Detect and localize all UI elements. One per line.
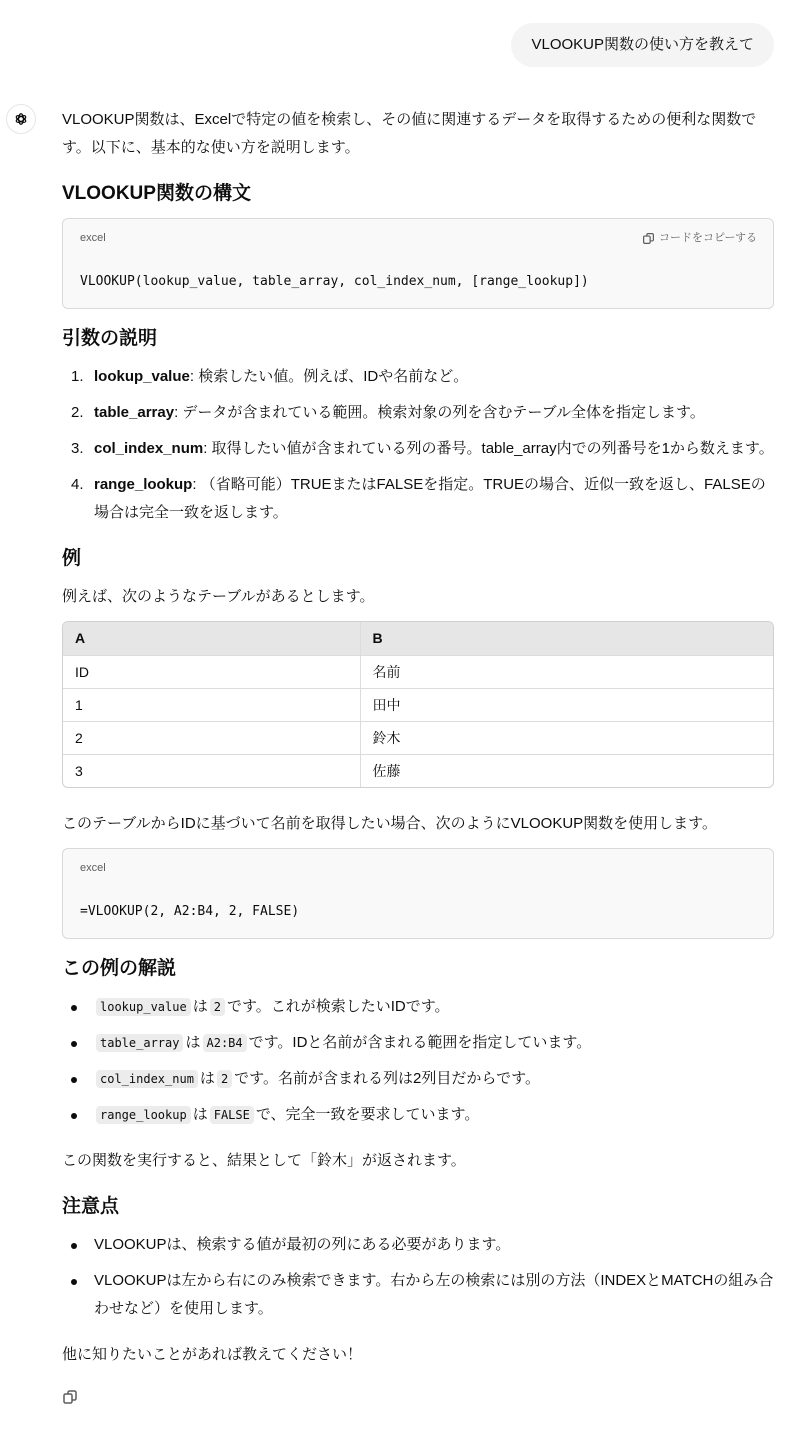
list-item: range_lookupはFALSEで、完全一致を要求しています。 [62,1101,774,1129]
inline-code: table_array [96,1034,183,1052]
table-header-cell: A [63,622,360,655]
argument-desc: : 検索したい値。例えば、IDや名前など。 [190,368,468,385]
list-item: table_arrayはA2:B4です。IDと名前が含まれる範囲を指定しています… [62,1029,774,1057]
argument-item: 2.table_array: データが含まれている範囲。検索対象の列を含むテーブ… [62,399,774,427]
text: で、完全一致を要求しています。 [256,1106,480,1123]
table-row: 3 佐藤 [63,754,773,787]
copy-code-label: コードをコピーする [659,227,757,249]
inline-code: range_lookup [96,1106,191,1124]
table-cell: 佐藤 [360,754,773,787]
code-language-label: excel [80,857,757,879]
argument-term: range_lookup [94,476,192,493]
text: です。名前が含まれる列は2列目だからです。 [234,1070,540,1087]
table-row: ID 名前 [63,655,773,688]
argument-term: col_index_num [94,440,203,457]
list-item: VLOOKUPは、検索する値が最初の列にある必要があります。 [62,1231,774,1259]
table-cell: 鈴木 [360,721,773,754]
copy-message-button[interactable] [62,1392,78,1409]
table-cell: 名前 [360,655,773,688]
closing-text: 他に知りたいことがあれば教えてください！ [62,1341,774,1369]
explanation-heading: この例の解説 [62,955,774,983]
text: は [200,1070,215,1087]
text: は [185,1034,200,1051]
table-row: 2 鈴木 [63,721,773,754]
text: です。IDと名前が含まれる範囲を指定しています。 [249,1034,592,1051]
code-text: =VLOOKUP(2, A2:B4, 2, FALSE) [80,902,757,922]
text: は [193,998,208,1015]
message-actions [62,1387,774,1415]
list-item: col_index_numは2です。名前が含まれる列は2列目だからです。 [62,1065,774,1093]
usage-text: このテーブルからIDに基づいて名前を取得したい場合、次のようにVLOOKUP関数… [62,810,774,838]
inline-code: col_index_num [96,1070,198,1088]
list-number: 1. [71,363,84,391]
argument-desc: : データが含まれている範囲。検索対象の列を含むテーブル全体を指定します。 [174,404,705,421]
text: です。これが検索したいIDです。 [227,998,450,1015]
code-text: VLOOKUP(lookup_value, table_array, col_i… [80,272,757,292]
assistant-avatar [6,104,36,134]
inline-code: lookup_value [96,998,191,1016]
explanation-list: lookup_valueは2です。これが検索したいIDです。 table_arr… [62,993,774,1129]
argument-term: table_array [94,404,174,421]
list-item: lookup_valueは2です。これが検索したいIDです。 [62,993,774,1021]
table-cell: 2 [63,721,360,754]
argument-term: lookup_value [94,368,190,385]
example-code-block: excel =VLOOKUP(2, A2:B4, 2, FALSE) [62,848,774,939]
list-number: 4. [71,471,84,499]
notes-heading: 注意点 [62,1193,774,1221]
example-lead: 例えば、次のようなテーブルがあるとします。 [62,583,774,611]
assistant-message: VLOOKUP関数は、Excelで特定の値を検索し、その値に関連するデータを取得… [62,106,774,1415]
example-heading: 例 [62,545,774,573]
copy-icon [642,232,655,245]
table-cell: 1 [63,688,360,721]
intro-text: VLOOKUP関数は、Excelで特定の値を検索し、その値に関連するデータを取得… [62,106,774,162]
list-item: VLOOKUPは左から右にのみ検索できます。右から左の検索には別の方法（INDE… [62,1267,774,1323]
notes-list: VLOOKUPは、検索する値が最初の列にある必要があります。 VLOOKUPは左… [62,1231,774,1323]
inline-code: A2:B4 [203,1034,247,1052]
inline-code: 2 [210,998,225,1016]
user-message-row: VLOOKUP関数の使い方を教えて [511,23,774,67]
inline-code: FALSE [210,1106,254,1124]
table-header-cell: B [360,622,773,655]
argument-item: 4.range_lookup: （省略可能）TRUEまたはFALSEを指定。TR… [62,471,774,527]
result-text: この関数を実行すると、結果として「鈴木」が返されます。 [62,1147,774,1175]
table-row: 1 田中 [63,688,773,721]
argument-desc: : （省略可能）TRUEまたはFALSEを指定。TRUEの場合、近似一致を返し、… [94,476,766,521]
argument-item: 1.lookup_value: 検索したい値。例えば、IDや名前など。 [62,363,774,391]
openai-logo-icon [12,110,30,128]
copy-icon [62,1389,78,1405]
text: は [193,1106,208,1123]
user-message-bubble: VLOOKUP関数の使い方を教えて [511,23,774,67]
example-table: A B ID 名前 1 田中 2 鈴木 3 佐藤 [62,621,774,788]
argument-item: 3.col_index_num: 取得したい値が含まれている列の番号。table… [62,435,774,463]
list-number: 2. [71,399,84,427]
arguments-list: 1.lookup_value: 検索したい値。例えば、IDや名前など。 2.ta… [62,363,774,527]
inline-code: 2 [217,1070,232,1088]
copy-code-button[interactable]: コードをコピーする [642,227,757,249]
syntax-code-block: excel コードをコピーする VLOOKUP(lookup_value, ta… [62,218,774,309]
table-cell: 3 [63,754,360,787]
table-header-row: A B [63,622,773,655]
table-cell: ID [63,655,360,688]
argument-desc: : 取得したい値が含まれている列の番号。table_array内での列番号を1か… [203,440,774,457]
list-number: 3. [71,435,84,463]
syntax-heading: VLOOKUP関数の構文 [62,180,774,208]
table-cell: 田中 [360,688,773,721]
arguments-heading: 引数の説明 [62,325,774,353]
